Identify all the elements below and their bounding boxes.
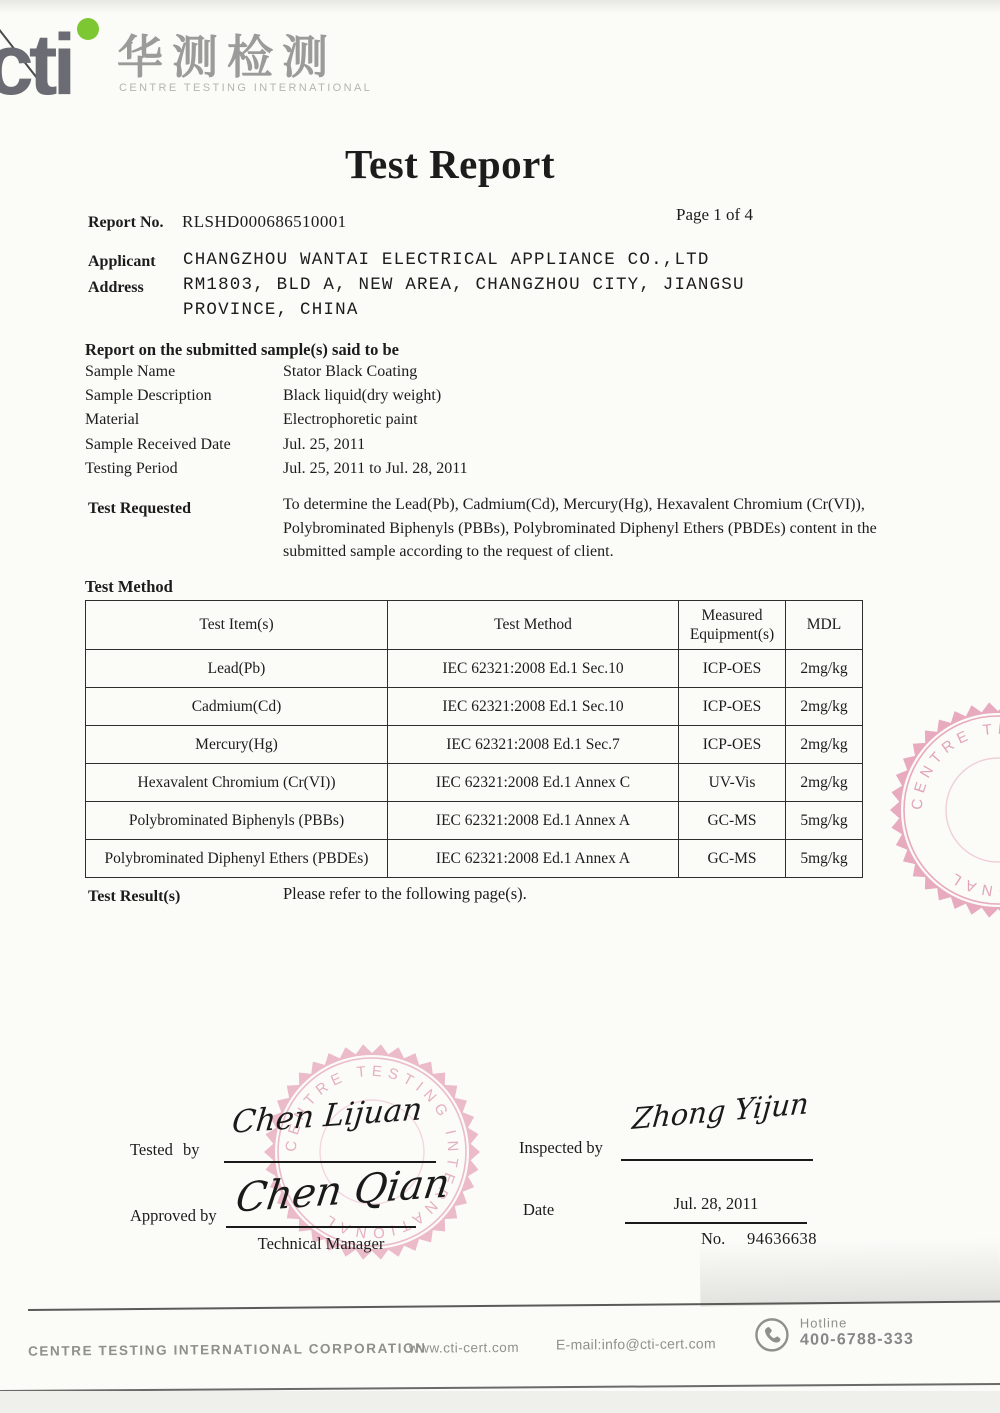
table-cell: 2mg/kg	[786, 764, 863, 802]
date-label: Date	[523, 1200, 554, 1220]
stamp-serrated-rim	[890, 702, 1000, 917]
table-cell: Lead(Pb)	[86, 650, 388, 688]
approved-by-signature: Chen Qian	[233, 1160, 453, 1221]
test-results-label: Test Result(s)	[88, 888, 180, 906]
inspected-by-line	[621, 1159, 813, 1161]
table-cell: 5mg/kg	[786, 840, 863, 878]
stamp-ring-text: CENTRE TESTING INTERNATIONAL	[909, 721, 1000, 900]
table-cell: IEC 62321:2008 Ed.1 Annex C	[388, 764, 679, 802]
table-cell: IEC 62321:2008 Ed.1 Annex A	[388, 840, 679, 878]
applicant-name: CHANGZHOU WANTAI ELECTRICAL APPLIANCE CO…	[183, 250, 745, 275]
sample-row-value: Black liquid(dry weight)	[283, 387, 468, 411]
report-no-label: Report No.	[88, 214, 164, 232]
table-cell: 2mg/kg	[786, 650, 863, 688]
table-cell: IEC 62321:2008 Ed.1 Sec.10	[388, 688, 679, 726]
sample-section-heading: Report on the submitted sample(s) said t…	[85, 340, 399, 360]
address-label: Address	[88, 279, 144, 297]
scan-bottom-margin	[0, 1391, 1000, 1413]
sample-labels: Sample Name Sample Description Material …	[85, 363, 231, 484]
test-method-table: Test Item(s) Test Method Measured Equipm…	[85, 600, 863, 878]
table-cell: 5mg/kg	[786, 802, 863, 840]
table-cell: IEC 62321:2008 Ed.1 Sec.7	[388, 726, 679, 764]
approved-by-label: Approved by	[130, 1206, 217, 1226]
cti-round-stamp-right-edge: CENTRE TESTING INTERNATIONAL	[888, 700, 1000, 920]
scanned-test-report-page: cti 华测检测 CENTRE TESTING INTERNATIONAL Te…	[0, 0, 1000, 1413]
report-no-value: RLSHD000686510001	[182, 212, 347, 232]
table-cell: GC-MS	[679, 802, 786, 840]
tested-by-signature: Chen Lijuan	[230, 1091, 424, 1141]
sample-row-label: Sample Name	[85, 363, 231, 387]
cti-logo-chinese: 华测检测	[117, 34, 337, 80]
footer-hotline-number: 400-6788-333	[800, 1331, 914, 1350]
approved-by-title: Technical Manager	[226, 1234, 416, 1254]
table-cell: Mercury(Hg)	[86, 726, 388, 764]
svg-text:CENTRE TESTING INTERNATIONAL: CENTRE TESTING INTERNATIONAL	[909, 721, 1000, 900]
test-requested-text: To determine the Lead(Pb), Cadmium(Cd), …	[283, 493, 883, 564]
phone-icon	[753, 1316, 791, 1354]
date-value: Jul. 28, 2011	[625, 1194, 807, 1214]
table-cell: ICP-OES	[679, 688, 786, 726]
cti-logo-subtitle: CENTRE TESTING INTERNATIONAL	[119, 82, 372, 94]
table-cell: Polybrominated Biphenyls (PBBs)	[86, 802, 388, 840]
applicant-label: Applicant	[88, 253, 156, 271]
table-cell: ICP-OES	[679, 726, 786, 764]
sample-row-value: Stator Black Coating	[283, 363, 468, 387]
applicant-block: CHANGZHOU WANTAI ELECTRICAL APPLIANCE CO…	[183, 250, 745, 325]
page-title: Test Report	[80, 140, 820, 188]
cti-logo-letters: cti	[0, 17, 71, 113]
table-cell: Polybrominated Diphenyl Ethers (PBDEs)	[86, 840, 388, 878]
footer-company: CENTRE TESTING INTERNATIONAL CORPORATION	[28, 1341, 427, 1359]
table-header-mdl: MDL	[786, 601, 863, 650]
approved-by-line	[226, 1226, 416, 1228]
table-cell: 2mg/kg	[786, 726, 863, 764]
footer-hotline-label: Hotline	[800, 1315, 848, 1330]
table-cell: Hexavalent Chromium (Cr(VI))	[86, 764, 388, 802]
test-requested-label: Test Requested	[88, 500, 191, 518]
inspected-by-signature: Zhong Yijun	[631, 1086, 810, 1136]
test-method-heading: Test Method	[85, 577, 173, 597]
cti-round-stamp-center: CENTRE TESTING INTERNATIONAL	[262, 1042, 482, 1262]
table-header-test-items: Test Item(s)	[86, 601, 388, 650]
footer-email: E-mail:info@cti-cert.com	[556, 1335, 716, 1352]
sample-row-value: Electrophoretic paint	[283, 411, 468, 435]
page-indicator: Page 1 of 4	[676, 205, 753, 225]
sample-row-label: Sample Received Date	[85, 436, 231, 460]
table-cell: ICP-OES	[679, 650, 786, 688]
table-cell: IEC 62321:2008 Ed.1 Annex A	[388, 802, 679, 840]
table-header-measured-equipments: Measured Equipment(s)	[679, 601, 786, 650]
sample-row-label: Sample Description	[85, 387, 231, 411]
cti-logo-green-dot-icon	[77, 18, 99, 40]
applicant-address-line2: PROVINCE, CHINA	[183, 300, 745, 325]
test-results-text: Please refer to the following page(s).	[283, 884, 527, 904]
table-header-test-method: Test Method	[388, 601, 679, 650]
inspected-by-label: Inspected by	[519, 1138, 603, 1158]
table-cell: GC-MS	[679, 840, 786, 878]
cti-logo: cti	[0, 22, 71, 108]
sample-values: Stator Black Coating Black liquid(dry we…	[283, 363, 468, 484]
tested-by-label: Tested by	[130, 1140, 199, 1160]
sample-row-label: Material	[85, 411, 231, 435]
table-cell: 2mg/kg	[786, 688, 863, 726]
footer: CENTRE TESTING INTERNATIONAL CORPORATION…	[0, 1296, 1000, 1394]
sample-row-value: Jul. 25, 2011 to Jul. 28, 2011	[283, 460, 468, 484]
applicant-address-line1: RM1803, BLD A, NEW AREA, CHANGZHOU CITY,…	[183, 275, 745, 300]
date-line	[625, 1222, 807, 1224]
footer-website: www.cti-cert.com	[409, 1340, 519, 1356]
table-cell: IEC 62321:2008 Ed.1 Sec.10	[388, 650, 679, 688]
table-cell: UV-Vis	[679, 764, 786, 802]
sample-row-label: Testing Period	[85, 460, 231, 484]
sample-row-value: Jul. 25, 2011	[283, 436, 468, 460]
table-cell: Cadmium(Cd)	[86, 688, 388, 726]
